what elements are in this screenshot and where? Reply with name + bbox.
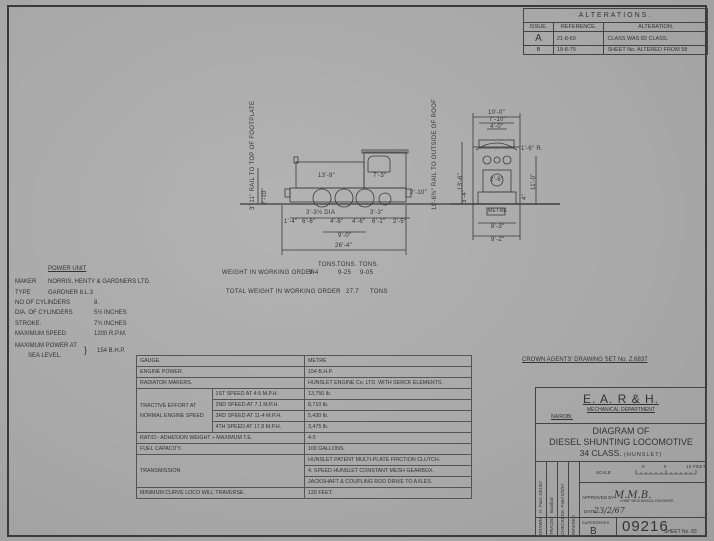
spec-row: ENGINE POWER. 154 B.H.P.	[137, 367, 472, 378]
spec-value: 4. SPEED HUNSLET CONSTANT MESH GEARBOX.	[305, 466, 472, 477]
dim-overall-length: 26'-4"	[335, 243, 352, 249]
spec-value: HUNSLET ENGINE Co. LTD. WITH SERCK ELEME…	[305, 378, 472, 389]
pu-label: NO OF CYLINDERS	[15, 300, 70, 306]
dim-step: 3'-4"	[462, 190, 468, 203]
dim-track-width: 8'-3"	[491, 224, 504, 230]
dim-rail-to-roof: 11'-6¾" RAIL TO OUTSIDE OF ROOF	[432, 99, 438, 210]
pu-value: 7¾ INCHES	[94, 321, 127, 327]
pu-label-2: SEA LEVEL.	[28, 353, 62, 359]
dim-buffer-height: 2'-10"	[262, 188, 268, 205]
gauge-label: METRE	[488, 208, 507, 214]
approved-label: APPROVED BY	[582, 495, 614, 500]
spec-label: MINIMUM CURVE LOCO WILL TRAVERSE.	[137, 488, 305, 499]
dim-spacing: 6'-6"	[302, 219, 315, 225]
issue-letter: B	[590, 526, 597, 537]
total-weight-label: TOTAL WEIGHT IN WORKING ORDER	[226, 289, 341, 295]
dim-height: 13'-6"	[458, 173, 464, 190]
dim-overall-width: 10'-0"	[488, 110, 505, 116]
dim-spacing: 2'-5"	[393, 219, 406, 225]
dim-spacing: 4'-6"	[330, 219, 343, 225]
spec-value: 3,475 lb.	[305, 422, 472, 433]
dim-cab-width: 7'-10"	[489, 117, 506, 123]
pu-value: 8.	[94, 300, 99, 306]
total-weight-value: 27.7	[346, 289, 359, 295]
spec-row: FUEL CAPACITY. 100 GALLONS.	[137, 444, 472, 455]
pu-label: MAXIMUM SPEED	[15, 331, 66, 337]
spec-label: ENGINE POWER.	[137, 367, 305, 378]
dim-cab-length: 7'-3"	[373, 173, 386, 179]
spec-value: JACKSHAFT & COUPLING ROD DRIVE TO AXLES.	[305, 477, 472, 488]
pu-value: NORRIS, HENTY & GARDNERS LTD.	[48, 279, 150, 285]
pu-label: MAKER	[15, 279, 36, 285]
spec-row: MINIMUM CURVE LOCO WILL TRAVERSE. 120 FE…	[137, 488, 472, 499]
weight-value: 9-25	[338, 270, 351, 276]
dim-body-height: 11'-0"	[531, 173, 537, 190]
pu-value: GARDNER 8.L.3	[48, 290, 93, 296]
dim-roof-radius: 1'-6" R.	[521, 146, 543, 152]
spec-sub-label: 3RD SPEED AT 11-4 M.P.H.	[212, 411, 305, 422]
dim-wheel-dia: 3'-3½ DIA	[306, 210, 335, 216]
spec-value: HUNSLET PATENT MULTI-PLATE FRICTION CLUT…	[305, 455, 472, 466]
spec-label: RADIATOR MAKERS.	[137, 378, 305, 389]
dim-buffer-right: 2'-10"	[410, 190, 427, 196]
pu-label: STROKE.	[15, 321, 41, 327]
dim-wheelbase: 9'-0"	[338, 233, 351, 239]
dim-lamp: 2'-6"	[490, 177, 503, 183]
end-view-drawing	[450, 113, 560, 240]
spec-label: GAUGE.	[137, 356, 305, 367]
pu-value: 1200 R.P.M.	[94, 331, 127, 337]
date-value: 23/2/67	[594, 506, 625, 515]
spec-row: TRANSMISSION HUNSLET PATENT MULTI-PLATE …	[137, 455, 472, 466]
spec-value: 4-5	[305, 433, 472, 444]
spec-label: TRANSMISSION	[137, 455, 305, 488]
spec-label: RATIO:- ADHESION WEIGHT ÷ MAXIMUM T.E.	[137, 433, 305, 444]
dim-spacing: 4'-6"	[352, 219, 365, 225]
sheet-number: SHEET No. 83	[664, 529, 697, 535]
approver-role: CHIEF MECHANICAL ENGINEER	[620, 499, 674, 503]
spec-value: 5,430 lb.	[305, 411, 472, 422]
weight-working-order-label: WEIGHT IN WORKING ORDER	[222, 270, 315, 276]
spec-row: RATIO:- ADHESION WEIGHT ÷ MAXIMUM T.E. 4…	[137, 433, 472, 444]
weight-unit: TONS.	[337, 262, 357, 268]
supersedes-label: SUPERSEDES	[582, 520, 609, 525]
dim-low: 4"	[522, 194, 528, 200]
brace: }	[84, 345, 87, 355]
side-view-drawing	[240, 150, 560, 255]
dim-spacing: 1'-4"	[284, 219, 297, 225]
dim-rail-to-footplate: 3'-11" RAIL TO TOP OF FOOTPLATE	[250, 101, 256, 210]
dim-body-length: 13'-9"	[318, 173, 335, 179]
weight-value: 9-05	[360, 270, 373, 276]
pu-label: TYPE	[15, 290, 31, 296]
spec-row: RADIATOR MAKERS. HUNSLET ENGINE Co. LTD.…	[137, 378, 472, 389]
dim-base-width: 9'-2"	[491, 237, 504, 243]
spec-value: 13,750 lb.	[305, 389, 472, 400]
pu-value: 5½ INCHES	[94, 310, 127, 316]
weight-value: 9-4	[309, 270, 319, 276]
spec-value: 154 B.H.P.	[305, 367, 472, 378]
total-weight-unit: TONS	[370, 289, 388, 295]
spec-sub-label: 2ND SPEED AT 7.1 M.P.H.	[212, 400, 305, 411]
pu-label: MAXIMUM POWER AT	[15, 343, 77, 349]
crown-agents-set-number: CROWN AGENTS' DRAWING SET No. Z.6837	[522, 357, 648, 363]
title-block: E. A. R & H. MECHANICAL DEPARTMENT NAIRO…	[535, 387, 707, 536]
specification-table: GAUGE. METRE ENGINE POWER. 154 B.H.P. RA…	[136, 355, 472, 499]
weight-unit: TONS.	[318, 262, 338, 268]
scale-tick: 0	[642, 464, 645, 469]
drawing-number: 09216	[622, 518, 669, 535]
spec-label: TRACTIVE EFFORT AT NORMAL ENGINE SPEED	[137, 389, 213, 433]
spec-value: 120 FEET.	[305, 488, 472, 499]
spec-label: FUEL CAPACITY.	[137, 444, 305, 455]
pu-label: DIA. OF CYLINDERS	[15, 310, 73, 316]
dim-rear-wheel: 3'-3"	[370, 210, 383, 216]
spec-row: GAUGE. METRE	[137, 356, 472, 367]
spec-sub-label: 1ST SPEED AT 4-5 M.P.H.	[212, 389, 305, 400]
spec-value: 100 GALLONS.	[305, 444, 472, 455]
spec-sub-label: 4TH SPEED AT 17.8 M.P.H.	[212, 422, 305, 433]
spec-value: METRE	[305, 356, 472, 367]
dim-spacing: 6'-1"	[372, 219, 385, 225]
pu-value: 154 B.H.P.	[97, 348, 125, 354]
dim-roof-width: 4'-0"	[490, 124, 503, 130]
spec-row: TRACTIVE EFFORT AT NORMAL ENGINE SPEED 1…	[137, 389, 472, 400]
weight-unit: TONS.	[359, 262, 379, 268]
spec-value: 8,710 lb.	[305, 400, 472, 411]
scale-tick: 5	[664, 464, 667, 469]
power-unit-title: POWER UNIT	[48, 266, 86, 272]
scale-tick: 10 FEET	[686, 464, 706, 469]
